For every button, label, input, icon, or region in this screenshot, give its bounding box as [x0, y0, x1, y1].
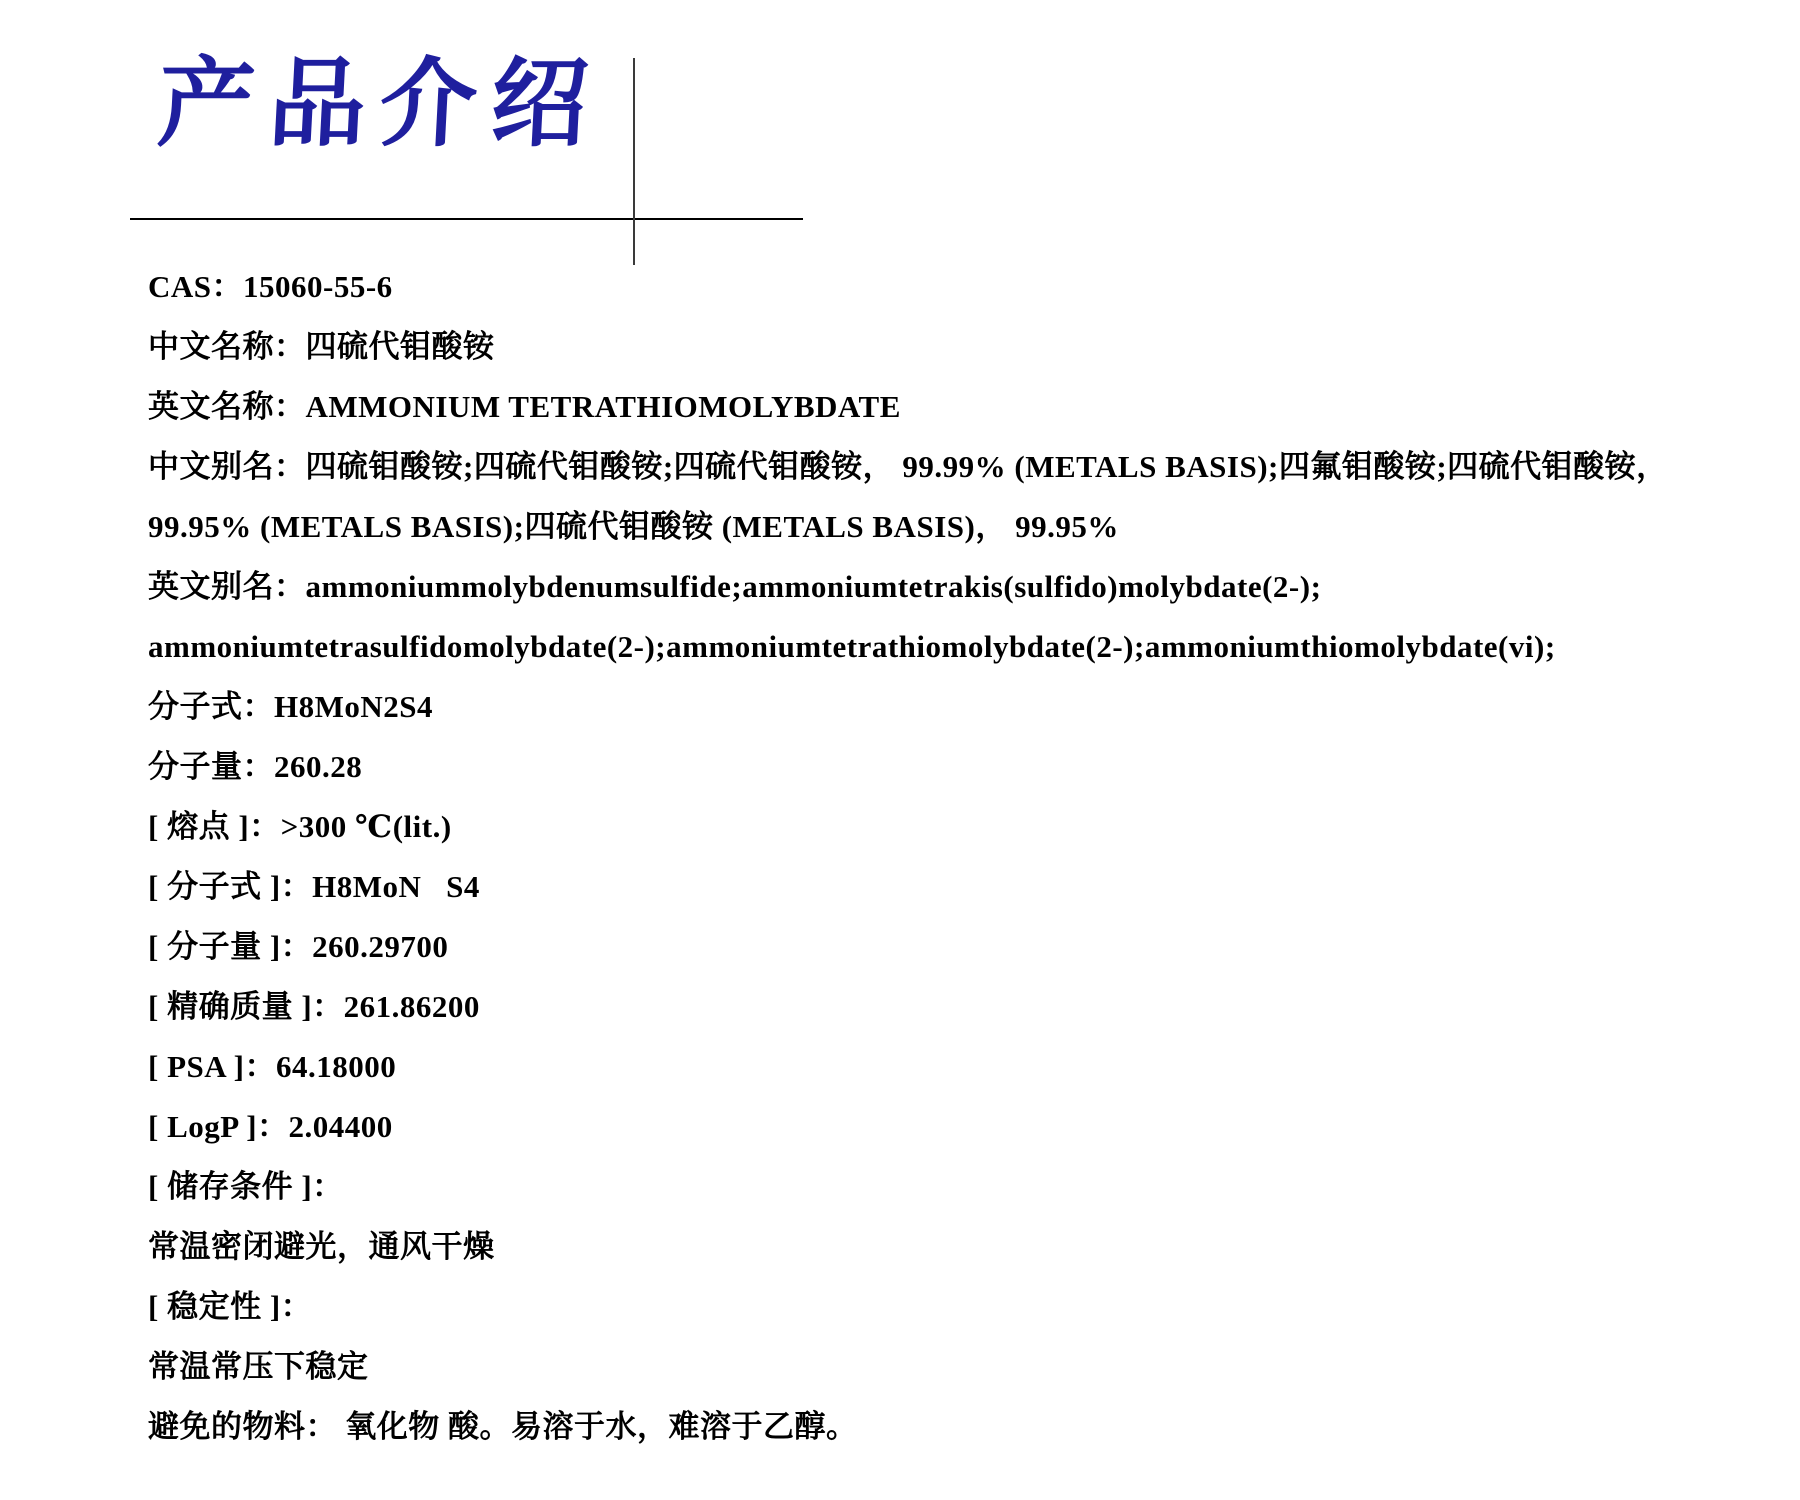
line-storage-conditions-label: [ 储存条件 ]：: [148, 1157, 1768, 1217]
line-english-aliases-continued: ammoniumtetrasulfidomolybdate(2-);ammoni…: [148, 617, 1768, 677]
line-english-aliases: 英文别名：ammoniummolybdenumsulfide;ammoniumt…: [148, 557, 1768, 617]
line-melting-point: [ 熔点 ]：>300 ℃(lit.): [148, 797, 1768, 857]
line-exact-mass: [ 精确质量 ]：261.86200: [148, 977, 1768, 1037]
line-english-name: 英文名称：AMMONIUM TETRATHIOMOLYBDATE: [148, 377, 1768, 437]
line-molecular-weight: 分子量：260.28: [148, 737, 1768, 797]
product-info: CAS：15060-55-6 中文名称：四硫代钼酸铵 英文名称：AMMONIUM…: [148, 257, 1768, 1457]
line-psa: [ PSA ]：64.18000: [148, 1037, 1768, 1097]
header-vertical-rule: [633, 58, 635, 265]
line-bracket-formula: [ 分子式 ]：H8MoN S4: [148, 857, 1768, 917]
line-stability-label: [ 稳定性 ]：: [148, 1277, 1768, 1337]
line-cas: CAS：15060-55-6: [148, 257, 1768, 317]
line-chinese-aliases: 中文别名：四硫钼酸铵;四硫代钼酸铵;四硫代钼酸铵， 99.99% (METALS…: [148, 437, 1768, 497]
line-chinese-aliases-continued: 99.95% (METALS BASIS);四硫代钼酸铵 (METALS BAS…: [148, 497, 1768, 557]
page-title: 产品介绍: [155, 48, 605, 160]
line-bracket-mol-weight: [ 分子量 ]：260.29700: [148, 917, 1768, 977]
line-molecular-formula: 分子式：H8MoN2S4: [148, 677, 1768, 737]
line-chinese-name: 中文名称：四硫代钼酸铵: [148, 317, 1768, 377]
line-storage-conditions-value: 常温密闭避光，通风干燥: [148, 1217, 1768, 1277]
line-materials-to-avoid: 避免的物料： 氧化物 酸。易溶于水，难溶于乙醇。: [148, 1397, 1768, 1457]
header-underline: [130, 218, 803, 220]
line-stability-value: 常温常压下稳定: [148, 1337, 1768, 1397]
product-introduction-page: 产品介绍 CAS：15060-55-6 中文名称：四硫代钼酸铵 英文名称：AMM…: [0, 0, 1800, 1500]
line-logp: [ LogP ]：2.04400: [148, 1097, 1768, 1157]
